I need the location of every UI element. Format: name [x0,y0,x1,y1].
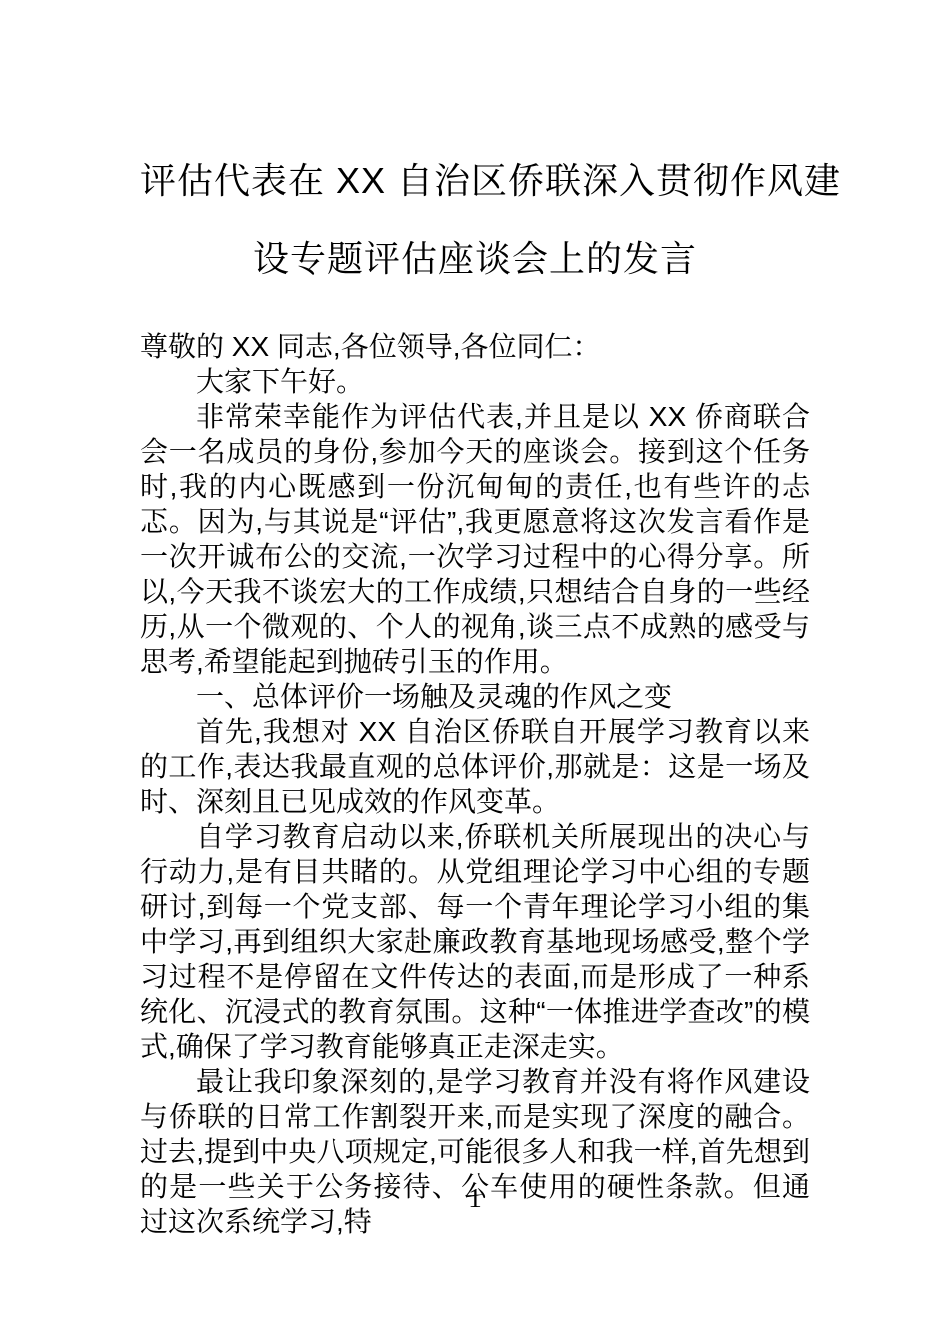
document-body: 尊敬的 XX 同志,各位领导,各位同仁： 大家下午好。 非常荣幸能作为评估代表,… [140,329,810,1239]
document-title: 评估代表在 XX 自治区侨联深入贯彻作风建 设专题评估座谈会上的发言 [140,142,810,298]
paragraph-greeting: 大家下午好。 [140,364,810,399]
paragraph-overall-evaluation: 首先,我想对 XX 自治区侨联自开展学习教育以来的工作,表达我最直观的总体评价,… [140,714,810,819]
document-page: 评估代表在 XX 自治区侨联深入贯彻作风建 设专题评估座谈会上的发言 尊敬的 X… [0,0,950,1344]
paragraph-section-heading-1: 一、总体评价一场触及灵魂的作风之变 [140,679,810,714]
page-footer: 1 [0,1183,950,1213]
paragraph-salutation: 尊敬的 XX 同志,各位领导,各位同仁： [140,329,810,364]
document-title-line-2: 设专题评估座谈会上的发言 [140,220,810,298]
paragraph-study-education: 自学习教育启动以来,侨联机关所展现出的决心与行动力,是有目共睹的。从党组理论学习… [140,819,810,1064]
paragraph-opening: 非常荣幸能作为评估代表,并且是以 XX 侨商联合会一名成员的身份,参加今天的座谈… [140,399,810,679]
page-number: 1 [468,1183,482,1213]
document-title-line-1: 评估代表在 XX 自治区侨联深入贯彻作风建 [140,142,810,220]
